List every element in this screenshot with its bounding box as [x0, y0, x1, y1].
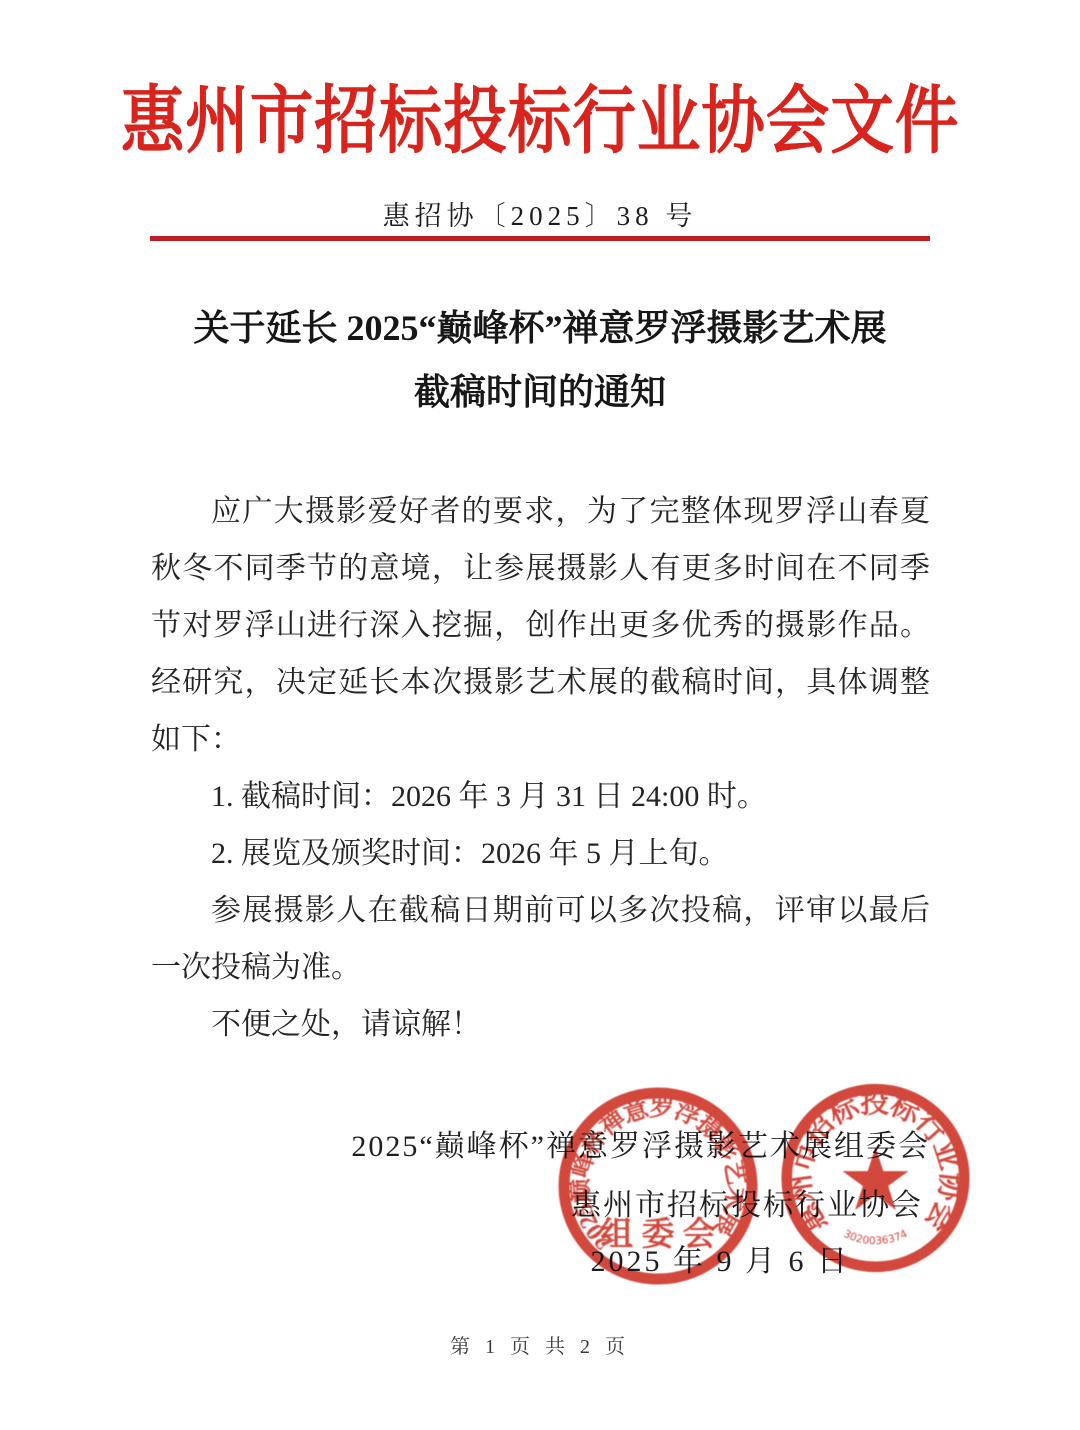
red-divider-rule	[150, 236, 930, 241]
association-seal-serial-number: 3020036374	[842, 1227, 910, 1247]
document-number: 惠招协〔2025〕38 号	[0, 194, 1080, 233]
body-list-item-2: 2. 展览及颁奖时间：2026 年 5 月上旬。	[151, 825, 930, 882]
notice-title-line1: 关于延长 2025“巅峰杯”禅意罗浮摄影艺术展	[0, 296, 1080, 360]
notice-body: 应广大摄影爱好者的要求，为了完整体现罗浮山春夏秋冬不同季节的意境，让参展摄影人有…	[151, 483, 930, 1053]
page-footer: 第 1 页 共 2 页	[0, 1330, 1080, 1359]
association-seal: 惠州市招标投标行业协会 3020036374	[779, 1078, 972, 1278]
red-header-org-title: 惠州市招标投标行业协会文件	[76, 62, 1005, 168]
notice-title-line2: 截稿时间的通知	[0, 360, 1080, 424]
committee-seal-center-text: 组 委 会	[600, 1216, 716, 1253]
svg-text:3020036374: 3020036374	[842, 1227, 910, 1247]
body-list-item-1: 1. 截稿时间：2026 年 3 月 31 日 24:00 时。	[151, 768, 930, 825]
body-paragraph: 应广大摄影爱好者的要求，为了完整体现罗浮山春夏秋冬不同季节的意境，让参展摄影人有…	[151, 483, 930, 768]
body-paragraph: 参展摄影人在截稿日期前可以多次投稿，评审以最后一次投稿为准。	[151, 882, 930, 996]
committee-seal: 2025巅峰杯禅意罗浮摄影艺术展 组 委 会	[556, 1085, 760, 1287]
notice-title: 关于延长 2025“巅峰杯”禅意罗浮摄影艺术展 截稿时间的通知	[0, 296, 1080, 424]
star-icon	[842, 1147, 908, 1210]
body-paragraph: 不便之处，请谅解！	[151, 996, 930, 1053]
document-page: 惠州市招标投标行业协会文件 惠招协〔2025〕38 号 关于延长 2025“巅峰…	[0, 0, 1080, 1430]
